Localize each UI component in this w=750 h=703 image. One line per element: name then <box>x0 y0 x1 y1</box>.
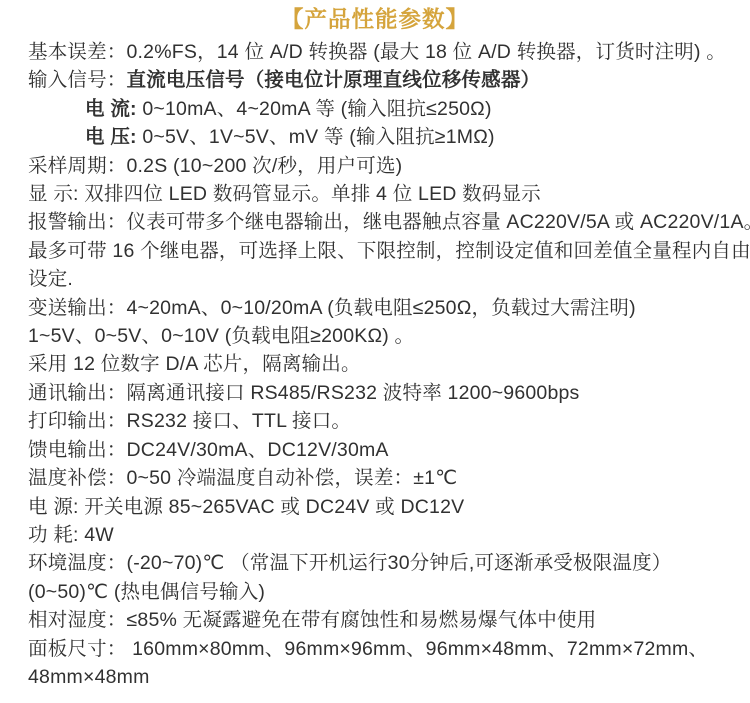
spec-text: 电 源: 开关电源 85~265VAC 或 DC24V 或 DC12V <box>28 496 464 518</box>
spec-line: 电 源: 开关电源 85~265VAC 或 DC24V 或 DC12V <box>28 493 724 521</box>
spec-text: 环境温度：(-20~70)℃ （常温下开机运行30分钟后,可逐渐承受极限温度） <box>28 552 671 574</box>
spec-text: (0~50)℃ (热电偶信号输入) <box>28 581 265 603</box>
spec-text: 相对湿度：≤85% 无凝露避免在带有腐蚀性和易燃易爆气体中使用 <box>28 609 596 631</box>
spec-line: 温度补偿：0~50 冷端温度自动补偿，误差：±1℃ <box>28 464 724 492</box>
spec-text: 温度补偿：0~50 冷端温度自动补偿，误差：±1℃ <box>28 467 457 489</box>
spec-line: 输入信号：直流电压信号（接电位计原理直线位移传感器） <box>28 66 724 94</box>
spec-line: 馈电输出：DC24V/30mA、DC12V/30mA <box>28 436 724 464</box>
spec-line: 电 流: 0~10mA、4~20mA 等 (输入阻抗≤250Ω) <box>28 95 724 123</box>
spec-text: 48mm×48mm <box>28 666 150 688</box>
spec-text: 设定. <box>28 268 73 290</box>
spec-text: 最多可带 16 个继电器，可选择上限、下限控制，控制设定值和回差值全量程内自由 <box>28 240 750 262</box>
spec-text: 通讯输出：隔离通讯接口 RS485/RS232 波特率 1200~9600bps <box>28 382 580 404</box>
spec-line: 变送输出：4~20mA、0~10/20mA (负载电阻≤250Ω，负载过大需注明… <box>28 294 724 322</box>
spec-text: 功 耗: 4W <box>28 524 114 546</box>
spec-line: 显 示: 双排四位 LED 数码管显示。单排 4 位 LED 数码显示 <box>28 180 724 208</box>
spec-line: 基本误差：0.2%FS，14 位 A/D 转换器 (最大 18 位 A/D 转换… <box>28 38 724 66</box>
spec-text: 变送输出：4~20mA、0~10/20mA (负载电阻≤250Ω，负载过大需注明… <box>28 297 636 319</box>
spec-line: (0~50)℃ (热电偶信号输入) <box>28 578 724 606</box>
spec-value-emphasis: 直流电压信号（接电位计原理直线位移传感器） <box>127 69 541 91</box>
spec-text: 报警输出：仪表可带多个继电器输出，继电器触点容量 AC220V/5A 或 AC2… <box>28 211 750 233</box>
spec-line: 打印输出：RS232 接口、TTL 接口。 <box>28 407 724 435</box>
page-title: 【产品性能参数】 <box>0 0 750 36</box>
spec-list: 基本误差：0.2%FS，14 位 A/D 转换器 (最大 18 位 A/D 转换… <box>0 36 750 691</box>
spec-text: 输入信号： <box>28 69 127 91</box>
spec-line: 最多可带 16 个继电器，可选择上限、下限控制，控制设定值和回差值全量程内自由 <box>28 237 724 265</box>
spec-line: 面板尺寸： 160mm×80mm、96mm×96mm、96mm×48mm、72m… <box>28 635 724 663</box>
spec-text: 基本误差：0.2%FS，14 位 A/D 转换器 (最大 18 位 A/D 转换… <box>28 41 726 63</box>
spec-line: 相对湿度：≤85% 无凝露避免在带有腐蚀性和易燃易爆气体中使用 <box>28 606 724 634</box>
spec-line: 采用 12 位数字 D/A 芯片，隔离输出。 <box>28 350 724 378</box>
spec-line: 功 耗: 4W <box>28 521 724 549</box>
product-spec-page: 【产品性能参数】 基本误差：0.2%FS，14 位 A/D 转换器 (最大 18… <box>0 0 750 703</box>
spec-text: 1~5V、0~5V、0~10V (负载电阻≥200KΩ) 。 <box>28 325 414 347</box>
spec-value-emphasis: 电 压: <box>85 126 142 148</box>
spec-text: 打印输出：RS232 接口、TTL 接口。 <box>28 410 351 432</box>
spec-line: 电 压: 0~5V、1V~5V、mV 等 (输入阻抗≥1MΩ) <box>28 123 724 151</box>
spec-text: 显 示: 双排四位 LED 数码管显示。单排 4 位 LED 数码显示 <box>28 183 541 205</box>
spec-line: 报警输出：仪表可带多个继电器输出，继电器触点容量 AC220V/5A 或 AC2… <box>28 208 724 236</box>
spec-text: 0~10mA、4~20mA 等 (输入阻抗≤250Ω) <box>142 98 491 120</box>
spec-line: 环境温度：(-20~70)℃ （常温下开机运行30分钟后,可逐渐承受极限温度） <box>28 549 724 577</box>
spec-line: 采样周期：0.2S (10~200 次/秒，用户可选) <box>28 152 724 180</box>
spec-text: 采用 12 位数字 D/A 芯片，隔离输出。 <box>28 353 361 375</box>
spec-text: 0~5V、1V~5V、mV 等 (输入阻抗≥1MΩ) <box>142 126 494 148</box>
spec-line: 1~5V、0~5V、0~10V (负载电阻≥200KΩ) 。 <box>28 322 724 350</box>
spec-line: 通讯输出：隔离通讯接口 RS485/RS232 波特率 1200~9600bps <box>28 379 724 407</box>
spec-value-emphasis: 电 流: <box>85 98 142 120</box>
spec-line: 48mm×48mm <box>28 663 724 691</box>
spec-text: 采样周期：0.2S (10~200 次/秒，用户可选) <box>28 155 402 177</box>
spec-text: 面板尺寸： 160mm×80mm、96mm×96mm、96mm×48mm、72m… <box>28 638 708 660</box>
spec-line: 设定. <box>28 265 724 293</box>
spec-text: 馈电输出：DC24V/30mA、DC12V/30mA <box>28 439 389 461</box>
